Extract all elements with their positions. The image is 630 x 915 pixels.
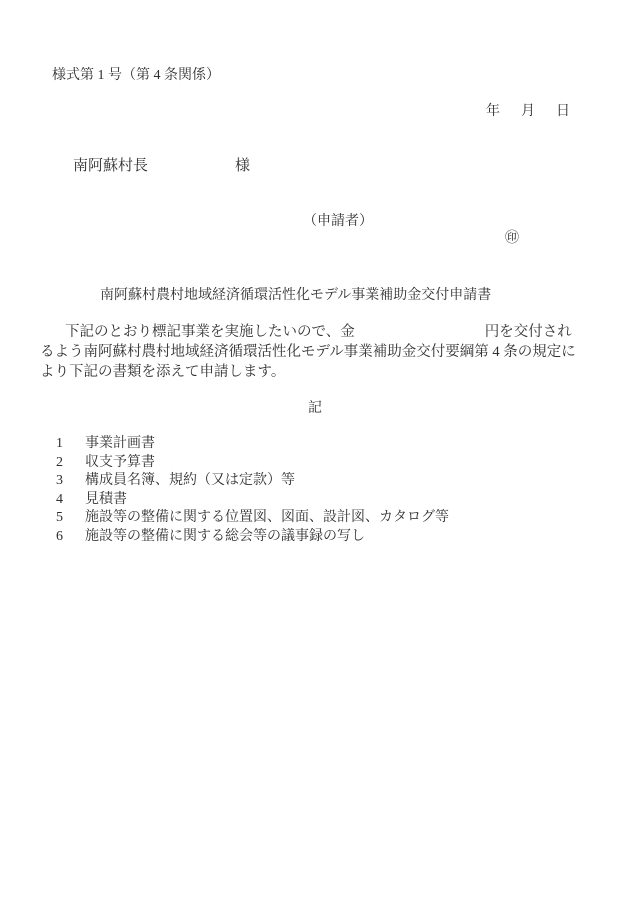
attachments-list: 1 事業計画書 2 収支予算書 3 構成員名簿、規約（又は定款）等 4 見積書 … <box>56 435 449 547</box>
attachment-text: 施設等の整備に関する総会等の議事録の写し <box>85 528 365 547</box>
body-paragraph: 下記のとおり標記事業を実施したいので、金円を交付され るよう南阿蘇村農村地域経済… <box>40 322 600 382</box>
date-month-label: 月 <box>521 105 535 119</box>
addressee-honorific: 様 <box>235 159 250 174</box>
attachment-number: 4 <box>56 491 85 510</box>
form-number: 様式第 1 号（第 4 条関係） <box>52 69 220 83</box>
seal-mark-icon: ㊞ <box>505 232 519 246</box>
attachment-item: 1 事業計画書 <box>56 435 449 454</box>
attachment-text: 収支予算書 <box>85 454 155 473</box>
document-page: 様式第 1 号（第 4 条関係） 年 月 日 南阿蘇村長 様 （申請者） ㊞ 南… <box>0 0 630 915</box>
attachment-text: 施設等の整備に関する位置図、図面、設計図、カタログ等 <box>85 509 449 528</box>
addressee-line: 南阿蘇村長 様 <box>73 159 373 174</box>
attachment-number: 5 <box>56 509 85 528</box>
attachment-item: 4 見積書 <box>56 491 449 510</box>
attachment-item: 2 収支予算書 <box>56 454 449 473</box>
attachment-number: 6 <box>56 528 85 547</box>
attachment-item: 5 施設等の整備に関する位置図、図面、設計図、カタログ等 <box>56 509 449 528</box>
date-line: 年 月 日 <box>486 105 570 119</box>
amount-blank-space <box>355 335 485 336</box>
addressee-name: 南阿蘇村長 <box>73 158 148 174</box>
document-title: 南阿蘇村農村地域経済循環活性化モデル事業補助金交付申請書 <box>100 289 491 303</box>
body-line1-suffix: 円を交付され <box>485 324 572 340</box>
attachment-number: 3 <box>56 472 85 491</box>
attachment-item: 3 構成員名簿、規約（又は定款）等 <box>56 472 449 491</box>
body-line-3: より下記の書類を添えて申請します。 <box>40 362 600 382</box>
attachment-text: 構成員名簿、規約（又は定款）等 <box>85 472 295 491</box>
applicant-label: （申請者） <box>303 215 373 229</box>
date-year-label: 年 <box>486 105 500 119</box>
list-header-ki: 記 <box>0 402 630 416</box>
attachment-text: 見積書 <box>85 491 127 510</box>
body-line-1: 下記のとおり標記事業を実施したいので、金円を交付され <box>40 322 600 342</box>
date-day-label: 日 <box>556 105 570 119</box>
body-line1-prefix: 下記のとおり標記事業を実施したいので、金 <box>65 324 355 340</box>
attachment-number: 1 <box>56 435 85 454</box>
attachment-number: 2 <box>56 454 85 473</box>
attachment-text: 事業計画書 <box>85 435 155 454</box>
attachment-item: 6 施設等の整備に関する総会等の議事録の写し <box>56 528 449 547</box>
body-line-2: るよう南阿蘇村農村地域経済循環活性化モデル事業補助金交付要綱第 4 条の規定に <box>40 342 600 362</box>
